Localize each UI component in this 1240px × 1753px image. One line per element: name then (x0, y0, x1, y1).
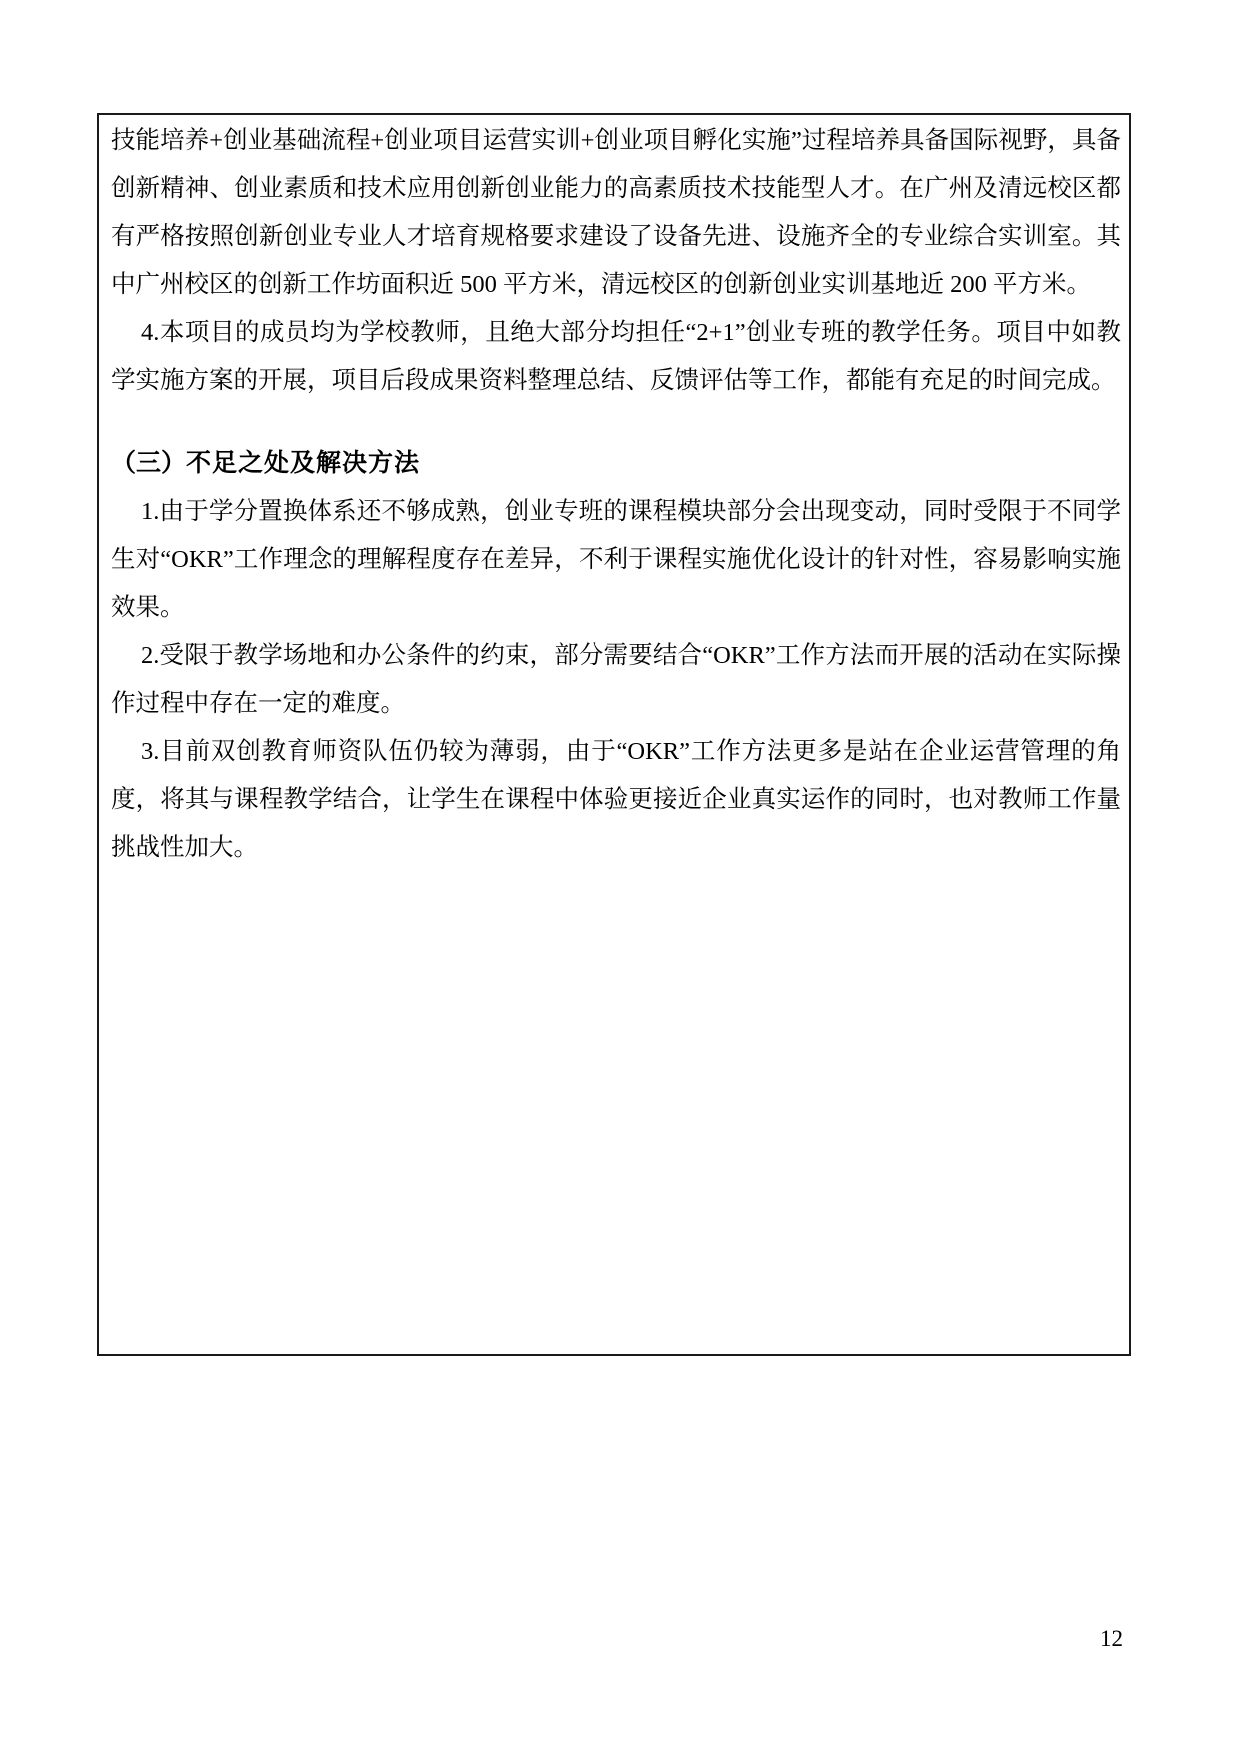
section-heading-number: （三） (111, 450, 186, 477)
document-page: 技能培养+创业基础流程+创业项目运营实训+创业项目孵化实施”过程培养具备国际视野… (0, 0, 1240, 1753)
item-1-paragraph: 1.由于学分置换体系还不够成熟，创业专班的课程模块部分会出现变动，同时受限于不同… (111, 488, 1121, 632)
content-box: 技能培养+创业基础流程+创业项目运营实训+创业项目孵化实施”过程培养具备国际视野… (97, 113, 1131, 1356)
item-3-paragraph: 3.目前双创教育师资队伍仍较为薄弱，由于“OKR”工作方法更多是站在企业运营管理… (111, 728, 1121, 872)
continuation-paragraph: 技能培养+创业基础流程+创业项目运营实训+创业项目孵化实施”过程培养具备国际视野… (111, 117, 1121, 309)
item-4-paragraph: 4.本项目的成员均为学校教师，且绝大部分均担任“2+1”创业专班的教学任务。项目… (111, 309, 1121, 405)
section-heading: （三）不足之处及解决方法 (111, 439, 1121, 488)
blank-line (111, 405, 1121, 439)
page-number: 12 (1100, 1626, 1123, 1652)
item-2-paragraph: 2.受限于教学场地和办公条件的约束，部分需要结合“OKR”工作方法而开展的活动在… (111, 632, 1121, 728)
section-heading-title: 不足之处及解决方法 (186, 449, 420, 477)
